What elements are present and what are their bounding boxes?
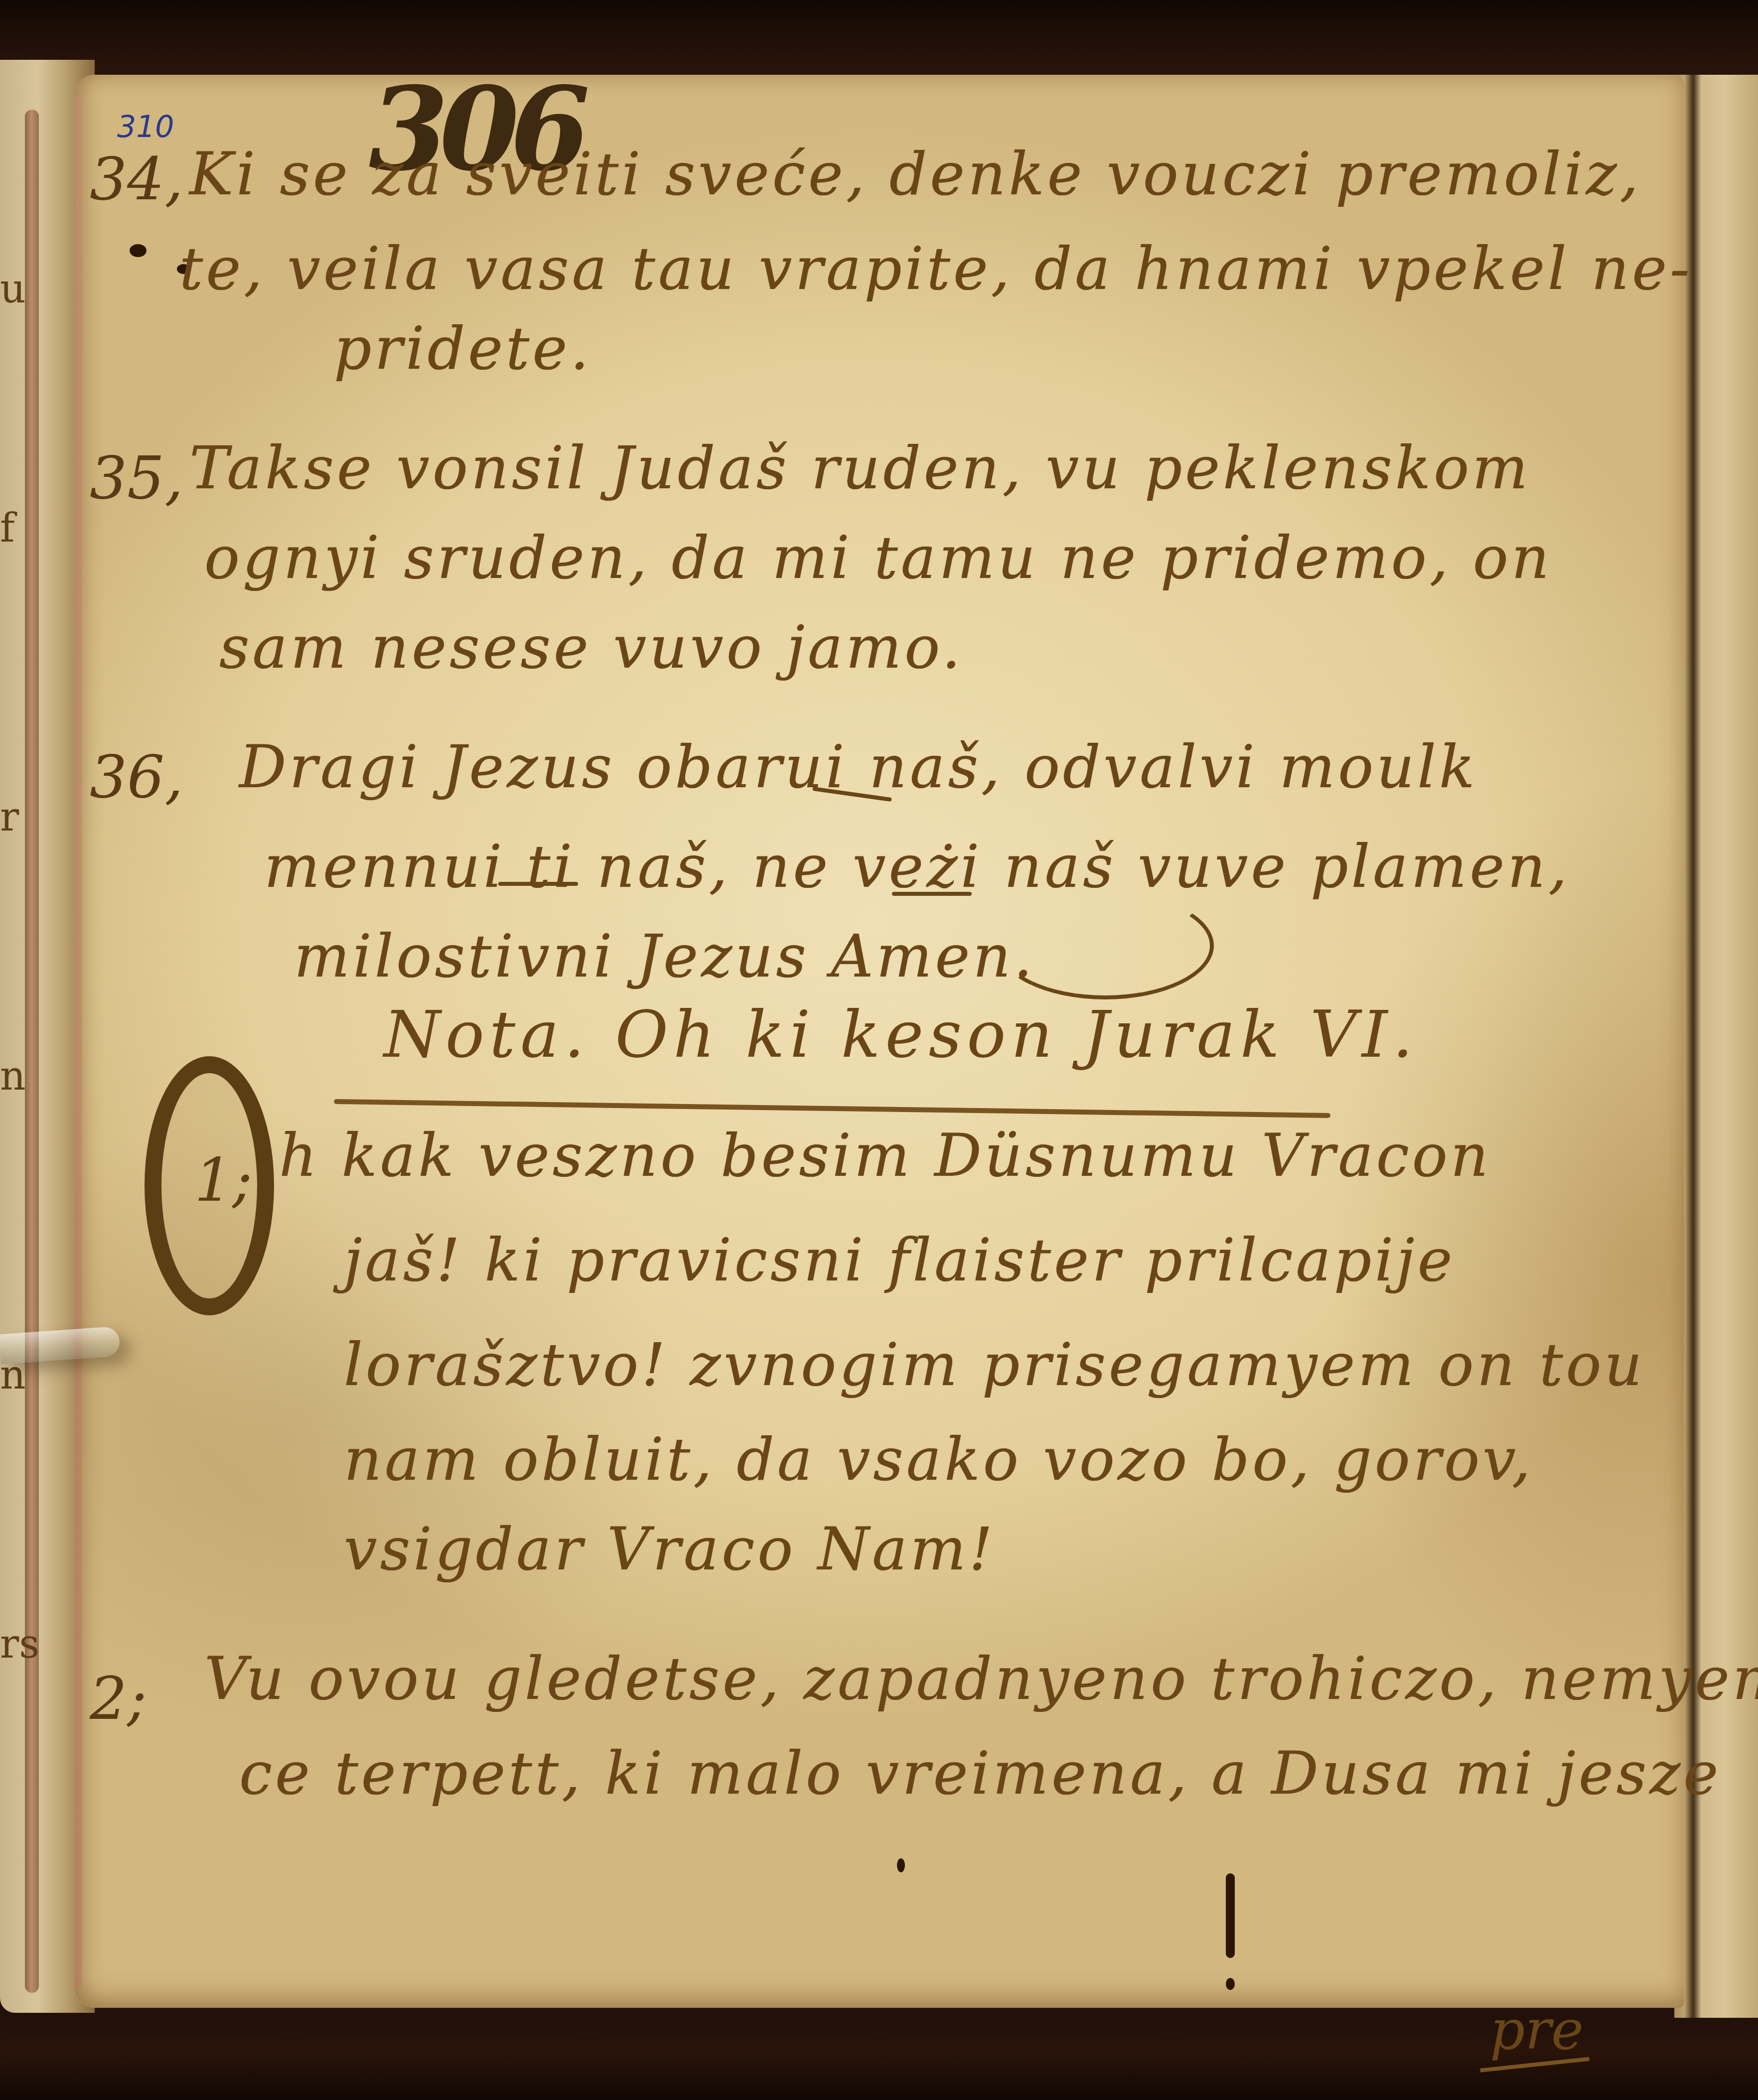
verse-36-line-3: milostivni Jezus Amen.	[294, 922, 1035, 990]
hymn-line-1: h kak veszno besim Düsnumu Vracon	[279, 1121, 1491, 1190]
verse-35-line-3: sam nesese vuvo jamo.	[219, 613, 964, 682]
ink-dot	[897, 1858, 905, 1872]
hymn-line-2: jaš! ki pravicsni flaister prilcapije	[344, 1226, 1456, 1294]
verse-34-line-2: te, veila vasa tau vrapite, da hnami vpe…	[179, 234, 1693, 303]
margin-fragment: u	[0, 269, 26, 309]
margin-fragment: rs	[0, 1624, 39, 1664]
gutter-fold	[25, 110, 39, 1993]
hymn-line-4: nam obluit, da vsako vozo bo, gorov,	[344, 1425, 1533, 1494]
stanza-2-line-2: ce terpett, ki malo vreimena, a Dusa mi …	[239, 1739, 1721, 1808]
hymn-line-3: lorašztvo! zvnogim prisegamyem on tou	[344, 1330, 1645, 1399]
verse-34-line-1: Ki se za sveiti sveće, denke vouczi prem…	[189, 140, 1641, 208]
verse-35-line-1: Takse vonsil Judaš ruden, vu peklenskom	[189, 433, 1531, 502]
stanza-number-2: 2;	[90, 1664, 147, 1733]
ink-dot	[1226, 1978, 1235, 1990]
folio-number-pencil: 310	[117, 110, 174, 144]
verse-36-line-2: mennui ti naš, ne veżi naš vuve plamen,	[264, 832, 1570, 901]
hymn-line-5: vsigdar Vraco Nam!	[344, 1515, 996, 1583]
amen-flourish	[997, 892, 1214, 999]
right-page-edge	[1674, 75, 1758, 2018]
verse-35-line-2: ognyi sruden, da mi tamu ne pridemo, on	[204, 523, 1552, 592]
verse-number-36: 36,	[90, 742, 183, 811]
ink-blot	[130, 244, 146, 257]
verse-number-34: 34,	[90, 144, 183, 213]
section-heading: Nota. Oh ki keson Jurak VI.	[384, 996, 1418, 1072]
torn-crease	[1684, 75, 1701, 2018]
verse-36-line-1: Dragi Jezus obarui naš, odvalvi moulk	[239, 732, 1477, 801]
underline-nas	[892, 892, 972, 896]
heading-rule	[334, 1099, 1330, 1118]
stanza-number-1: 1;	[194, 1146, 253, 1215]
ink-stroke-mark	[1226, 1873, 1235, 1958]
left-margin-fragments: u f r n n rs	[0, 60, 25, 2013]
margin-fragment: f	[0, 508, 15, 548]
verse-34-line-3: pridete.	[334, 314, 592, 383]
stanza-2-line-1: Vu ovou gledetse, zapadnyeno trohiczo, n…	[204, 1644, 1758, 1713]
underline-nas	[498, 882, 578, 886]
catchword: pre	[1490, 1998, 1584, 2062]
verse-number-35: 35,	[90, 443, 183, 512]
margin-fragment: r	[0, 797, 19, 837]
manuscript-page: 310 306 34, Ki se za sveiti sveće, denke…	[75, 75, 1684, 2008]
margin-fragment: n	[0, 1056, 26, 1096]
